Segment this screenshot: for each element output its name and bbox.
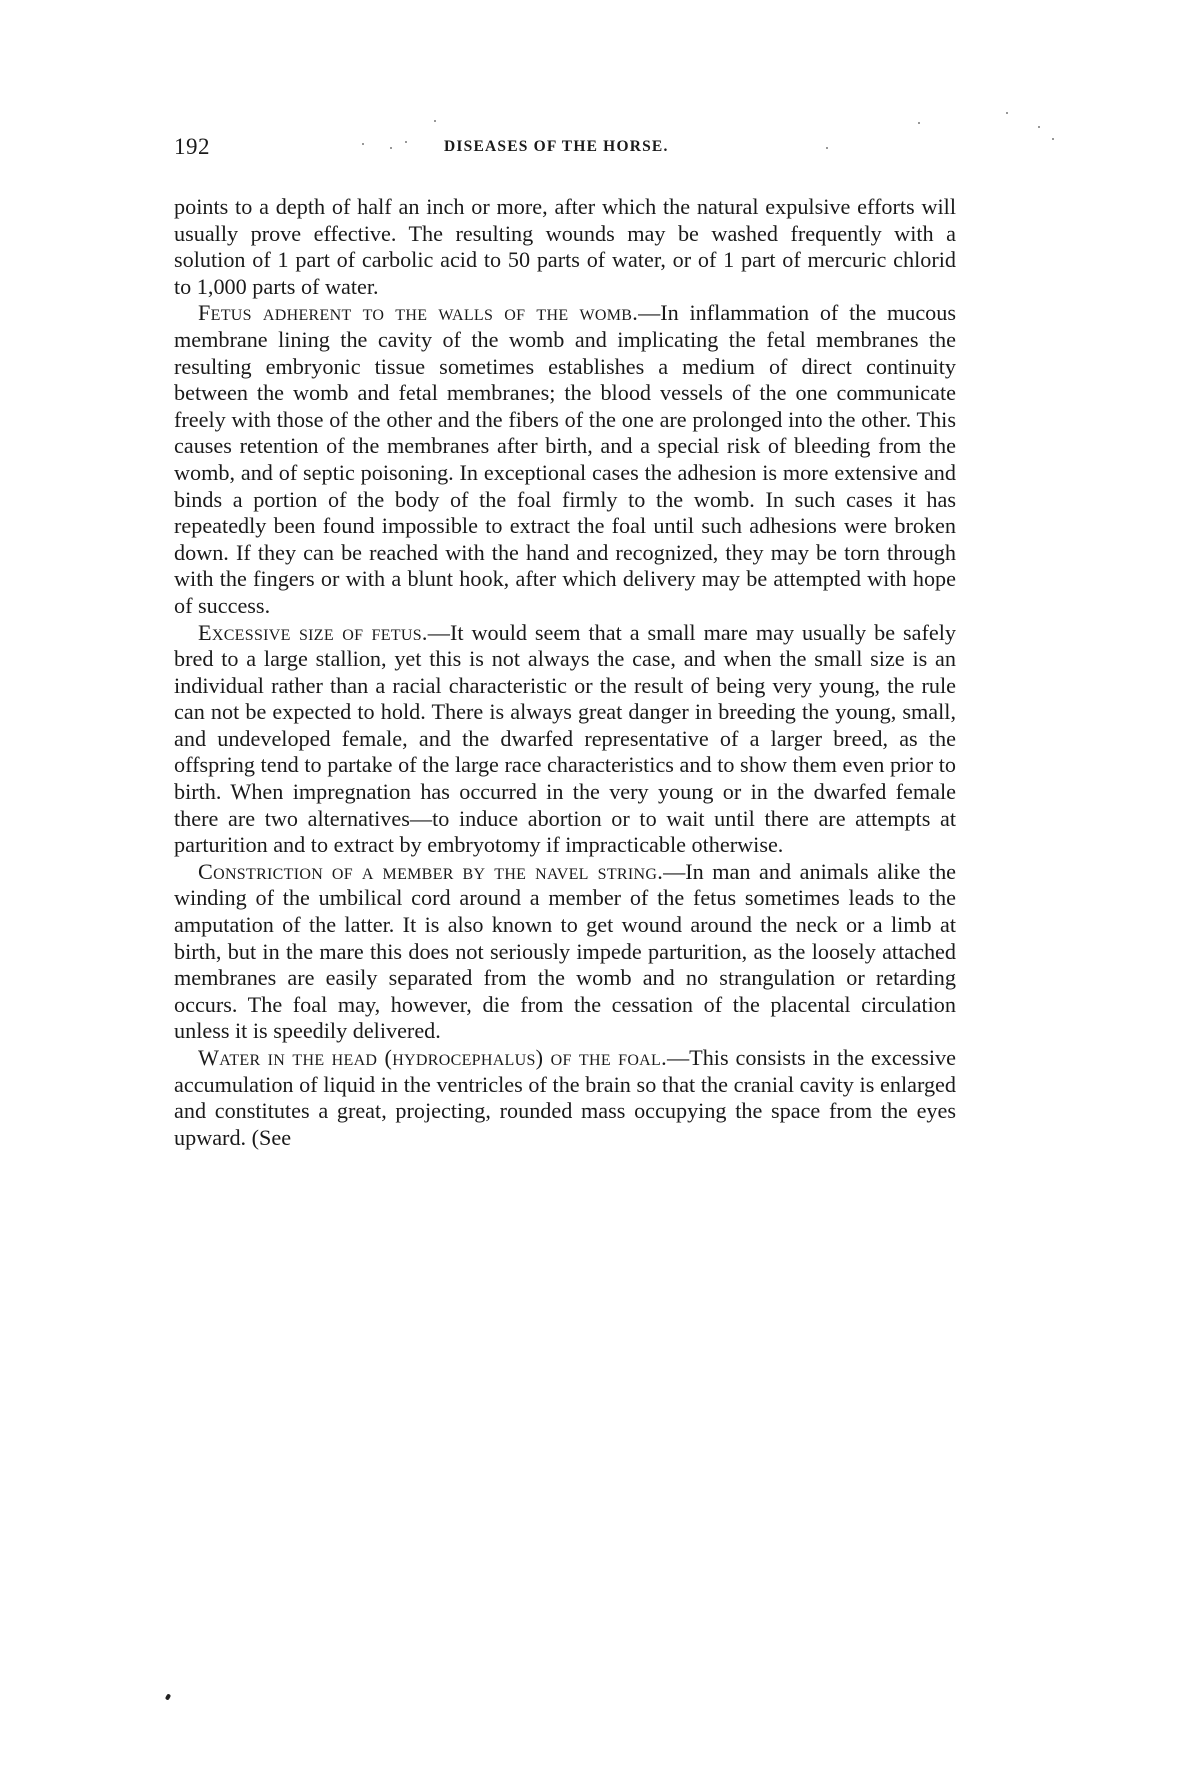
section-heading: Fetus adherent to the walls of the womb.	[198, 300, 638, 325]
paragraph-text: —In inflammation of the mucous membrane …	[174, 300, 956, 618]
scan-speck	[1006, 112, 1008, 114]
section-heading: Water in the head (hydrocephalus) of the…	[198, 1045, 667, 1070]
paragraph-continuation: points to a depth of half an inch or mor…	[174, 194, 956, 300]
document-page: 192 DISEASES OF THE HORSE. points to a d…	[0, 0, 1200, 1767]
scan-speck	[434, 120, 436, 122]
scan-speck	[826, 147, 828, 149]
scan-speck	[918, 122, 920, 124]
body-text: points to a depth of half an inch or mor…	[174, 194, 956, 1151]
section-heading: Excessive size of fetus.	[198, 620, 428, 645]
paragraph-constriction: Constriction of a member by the navel st…	[174, 859, 956, 1045]
scan-speck	[362, 143, 364, 145]
paragraph-excessive-size: Excessive size of fetus.—It would seem t…	[174, 620, 956, 859]
page-number: 192	[174, 134, 210, 160]
paragraph-fetus-adherent: Fetus adherent to the walls of the womb.…	[174, 300, 956, 619]
paragraph-hydrocephalus: Water in the head (hydrocephalus) of the…	[174, 1045, 956, 1151]
paragraph-text: —In man and animals alike the winding of…	[174, 859, 956, 1044]
scan-speck	[405, 141, 407, 143]
paragraph-text: points to a depth of half an inch or mor…	[174, 194, 956, 299]
scan-speck	[390, 147, 392, 149]
scan-speck	[1052, 138, 1054, 140]
section-heading: Constriction of a member by the navel st…	[198, 859, 663, 884]
margin-mark	[165, 1693, 171, 1700]
scan-speck	[1038, 126, 1040, 128]
running-title: DISEASES OF THE HORSE.	[444, 138, 669, 156]
paragraph-text: —It would seem that a small mare may usu…	[174, 620, 956, 858]
running-head: 192 DISEASES OF THE HORSE.	[174, 134, 964, 164]
